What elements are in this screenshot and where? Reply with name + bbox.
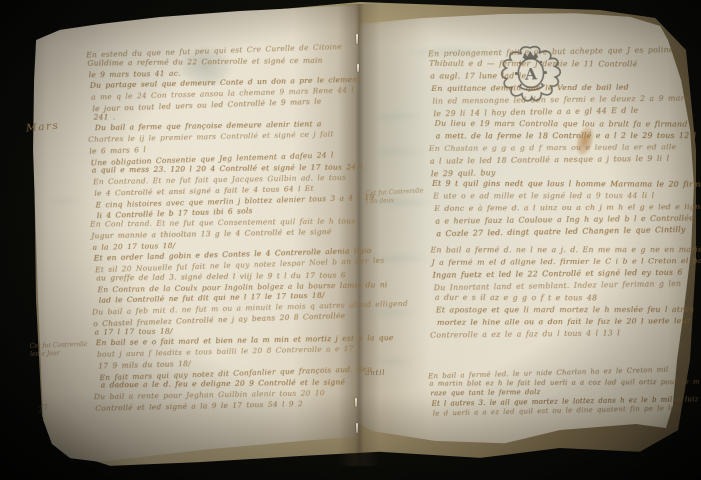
handwritten-line: a augl. 17 lune lad le [430,70,670,82]
margin-note-antil: antil [365,368,385,377]
ink-bleedthrough-mark [361,308,419,317]
ink-bleedthrough-mark [44,196,84,206]
handwritten-line: Du lieu e 19 mars Controlla que lou a br… [435,118,671,131]
handwritten-line: En bail a fermé d. ne l ne a j. d. En me… [430,244,671,256]
handwritten-line: Et apostoge et que li mard mortez le h m… [436,304,672,316]
right-page-footer-text: En bail a fermé led. le ur nide Charlon … [428,367,675,419]
handwritten-line: Et 9 t quil gins nedt que lous l homme M… [432,178,671,191]
handwritten-line: a dur e s il az e g g o f t e tous 48 [435,292,672,305]
margin-note-left-lower: Cet fut Contrerollé led a Jour [30,341,88,358]
manuscript-photo: A En estend du que ne fut peu qui est Cr… [0,0,701,480]
handwritten-line: a mett. de la ferme le 18 Controllé e a … [436,130,671,142]
handwritten-line: E ute o e ad mille et le signé led a 9 t… [433,190,671,202]
binding-stitch-thread [356,34,358,44]
ink-bleedthrough-mark [367,148,423,156]
binding-stitch-thread [357,64,359,72]
handwritten-line: Contrerolle a ez le a faz du l tous 4 l … [430,327,672,342]
ink-bleedthrough-mark [366,358,416,366]
handwritten-line: Thibault e d — fermier J demie le 11 Con… [429,58,670,71]
left-page-text: En estend du que ne fut peu qui est Cre … [86,43,360,414]
margin-note-right-upper: Cet fut Contrerollé l an deux [366,188,424,206]
binding-stitch-thread [356,423,358,433]
right-page-text: En prolongement fait e o e but achepte q… [428,45,672,341]
